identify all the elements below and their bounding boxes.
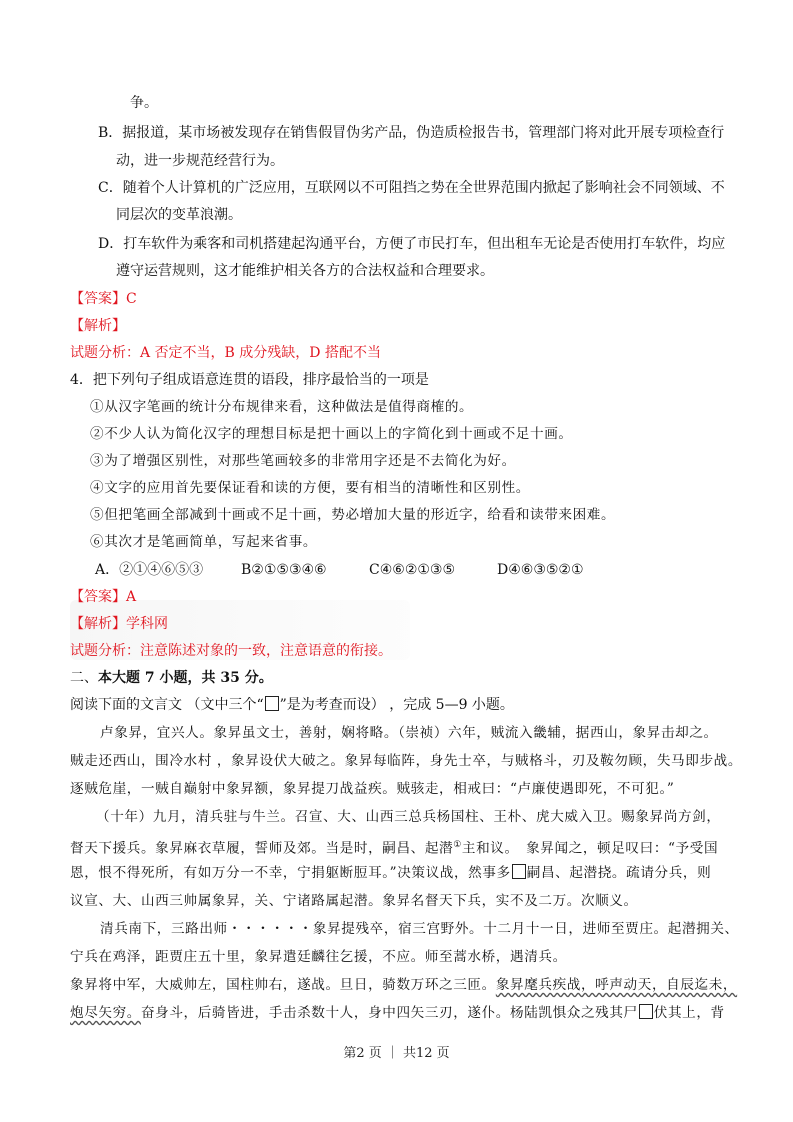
- passage-p3-line1: 清兵南下，三路出师・・・・・・象昇提残卒，宿三宫野外。十二月十一日，进师至贾庄。…: [100, 919, 739, 939]
- q4-sentence-6: ⑥其次才是笔画简单，写起来省事。: [90, 532, 317, 552]
- passage-p4-line1: 象昇将中军，大威帅左，国柱帅右，遂战。旦日，骑数万环之三匝。象昇麾兵疾战，呼声动…: [70, 975, 737, 995]
- p4-line2-mid: 奋身斗，后骑皆进，手击杀数十人，身中四矢三刃，遂仆。杨陆凯惧众之残其尸: [141, 1005, 638, 1021]
- option-a-tail: 争。: [130, 93, 158, 113]
- section2-heading-text: 本大题 7 小题，共 35 分。: [98, 670, 273, 686]
- q4-analysis-source: 学科网: [126, 616, 168, 632]
- p2-line3-post: 嗣昌、起潜挠。疏请分兵，则: [527, 865, 712, 881]
- option-d-line1: D．打车软件为乘客和司机搭建起沟通平台，方便了市民打车，但出租车无论是否使用打车…: [98, 234, 725, 254]
- q4-analysis-text: 试题分析：注意陈述对象的一致，注意语意的衔接。: [70, 641, 392, 661]
- q4-sentence-5: ⑤但把笔画全部减到十画或不足十画，势必增加大量的形近字，给看和读带来困难。: [90, 505, 615, 525]
- section2-heading-prefix: 二、: [70, 670, 98, 686]
- q4-option-d: D④⑥③⑤②①: [497, 560, 584, 580]
- p2-line2-pre: 督天下援兵。象昇麻衣草履，誓师及郊。当是时，嗣昌、起潜: [70, 841, 453, 857]
- p4-line1-pre: 象昇将中军，大威帅左，国柱帅右，遂战。旦日，骑数万环之三匝。: [70, 977, 496, 993]
- q4-analysis-label: 【解析】: [70, 616, 126, 632]
- section2-intro: 阅读下面的文言文 （文中三个“”是为考查而设） ，完成 5—9 小题。: [70, 695, 514, 715]
- q4-sentence-4: ④文字的应用首先要保证看和读的方便，要有相当的清晰性和区别性。: [90, 478, 530, 498]
- intro-text-post: ”是为考查而设） ，完成 5—9 小题。: [280, 697, 514, 713]
- blank-box-icon: [512, 864, 526, 879]
- option-b-line2: 动，进一步规范经营行为。: [116, 151, 284, 171]
- option-d-line2: 遵守运营规则，这才能维护相关各方的合法权益和合理要求。: [116, 261, 494, 281]
- q4-sentence-1: ①从汉字笔画的统计分布规律来看，这种做法是值得商榷的。: [90, 397, 473, 417]
- passage-p1-line2: 贼走还西山，围冷水村 ，象昇设伏大破之。象昇每临阵，身先士卒，与贼格斗，刃及鞍勿…: [70, 751, 742, 771]
- passage-p1-line1: 卢象昇，宜兴人。象昇虽文士，善射，娴将略。（崇祯）六年，贼流入畿辅，据西山，象昇…: [100, 723, 718, 743]
- q4-sentence-3: ③为了增强区别性，对那些笔画较多的非常用字还是不去简化为好。: [90, 451, 516, 471]
- section2-heading: 二、本大题 7 小题，共 35 分。: [70, 668, 273, 688]
- p2-line3-pre: 恩，恨不得死所，有如万分一不幸，宁捐躯断脰耳。”决策议战，然事多: [70, 865, 511, 881]
- blank-box-icon: [265, 696, 279, 711]
- q4-sentence-2: ②不少人认为简化汉字的理想目标是把十画以上的字简化到十画或不足十画。: [90, 424, 573, 444]
- p2-line2-post: 主和议。 象昇闻之，顿足叹曰：“予受国: [462, 841, 718, 857]
- q4-answer: 【答案】A: [70, 587, 136, 607]
- passage-p2-line4: 议宣、大、山西三帅属象昇，关、宁诸路属起潜。象昇名督天下兵，实不及二万。次顺义。: [70, 891, 638, 911]
- passage-p2-line1: （十年）九月，清兵驻与牛兰。召宣、大、山西三总兵杨国柱、王朴、虎大威入卫。赐象昇…: [96, 807, 721, 827]
- q4-stem: 4．把下列句子组成语意连贯的语段，排序最恰当的一项是: [70, 370, 429, 390]
- footnote-marker: ①: [453, 840, 462, 850]
- q3-analysis-text: 试题分析：A 否定不当，B 成分残缺，D 搭配不当: [70, 343, 381, 363]
- option-c-line2: 同层次的变革浪潮。: [116, 205, 242, 225]
- underlined-sentence-part2: 炮尽矢穷。: [70, 1005, 141, 1021]
- passage-p4-line2: 炮尽矢穷。奋身斗，后骑皆进，手击杀数十人，身中四矢三刃，遂仆。杨陆凯惧众之残其尸…: [70, 1003, 725, 1023]
- underlined-sentence-part1: 象昇麾兵疾战，呼声动天，自辰迄未，: [496, 977, 737, 993]
- page-footer: 第2 页 ｜ 共12 页: [0, 1042, 793, 1061]
- passage-p2-line2: 督天下援兵。象昇麻衣草履，誓师及郊。当是时，嗣昌、起潜①主和议。 象昇闻之，顿足…: [70, 835, 718, 859]
- q4-analysis: 【解析】学科网: [70, 614, 168, 634]
- passage-p3-line2: 宁兵在鸡泽，距贾庄五十里，象昇遣廷麟往乞援，不应。师至蒿水桥，遇清兵。: [70, 947, 567, 967]
- option-b-line1: B．据报道，某市场被发现存在销售假冒伪劣产品，伪造质检报告书，管理部门将对此开展…: [98, 123, 724, 143]
- q4-option-b: B②①⑤③④⑥: [241, 560, 327, 580]
- q4-option-c: C④⑥②①③⑤: [369, 560, 455, 580]
- p4-line2-post: 伏其上，背: [654, 1005, 725, 1021]
- passage-p1-line3: 逐贼危崖，一贼自巅射中象昇额，象昇提刀战益疾。贼骇走，相戒曰：“卢廉使遇即死，不…: [70, 779, 674, 799]
- q3-analysis-label: 【解析】: [70, 316, 126, 336]
- intro-text-pre: 阅读下面的文言文 （文中三个“: [70, 697, 264, 713]
- q4-option-a: A．②①④⑥⑤③: [95, 560, 203, 580]
- q3-answer: 【答案】C: [70, 289, 137, 309]
- option-c-line1: C．随着个人计算机的广泛应用，互联网以不可阻挡之势在全世界范围内掀起了影响社会不…: [98, 178, 725, 198]
- blank-box-icon: [639, 1004, 653, 1019]
- passage-p2-line3: 恩，恨不得死所，有如万分一不幸，宁捐躯断脰耳。”决策议战，然事多嗣昌、起潜挠。疏…: [70, 863, 711, 883]
